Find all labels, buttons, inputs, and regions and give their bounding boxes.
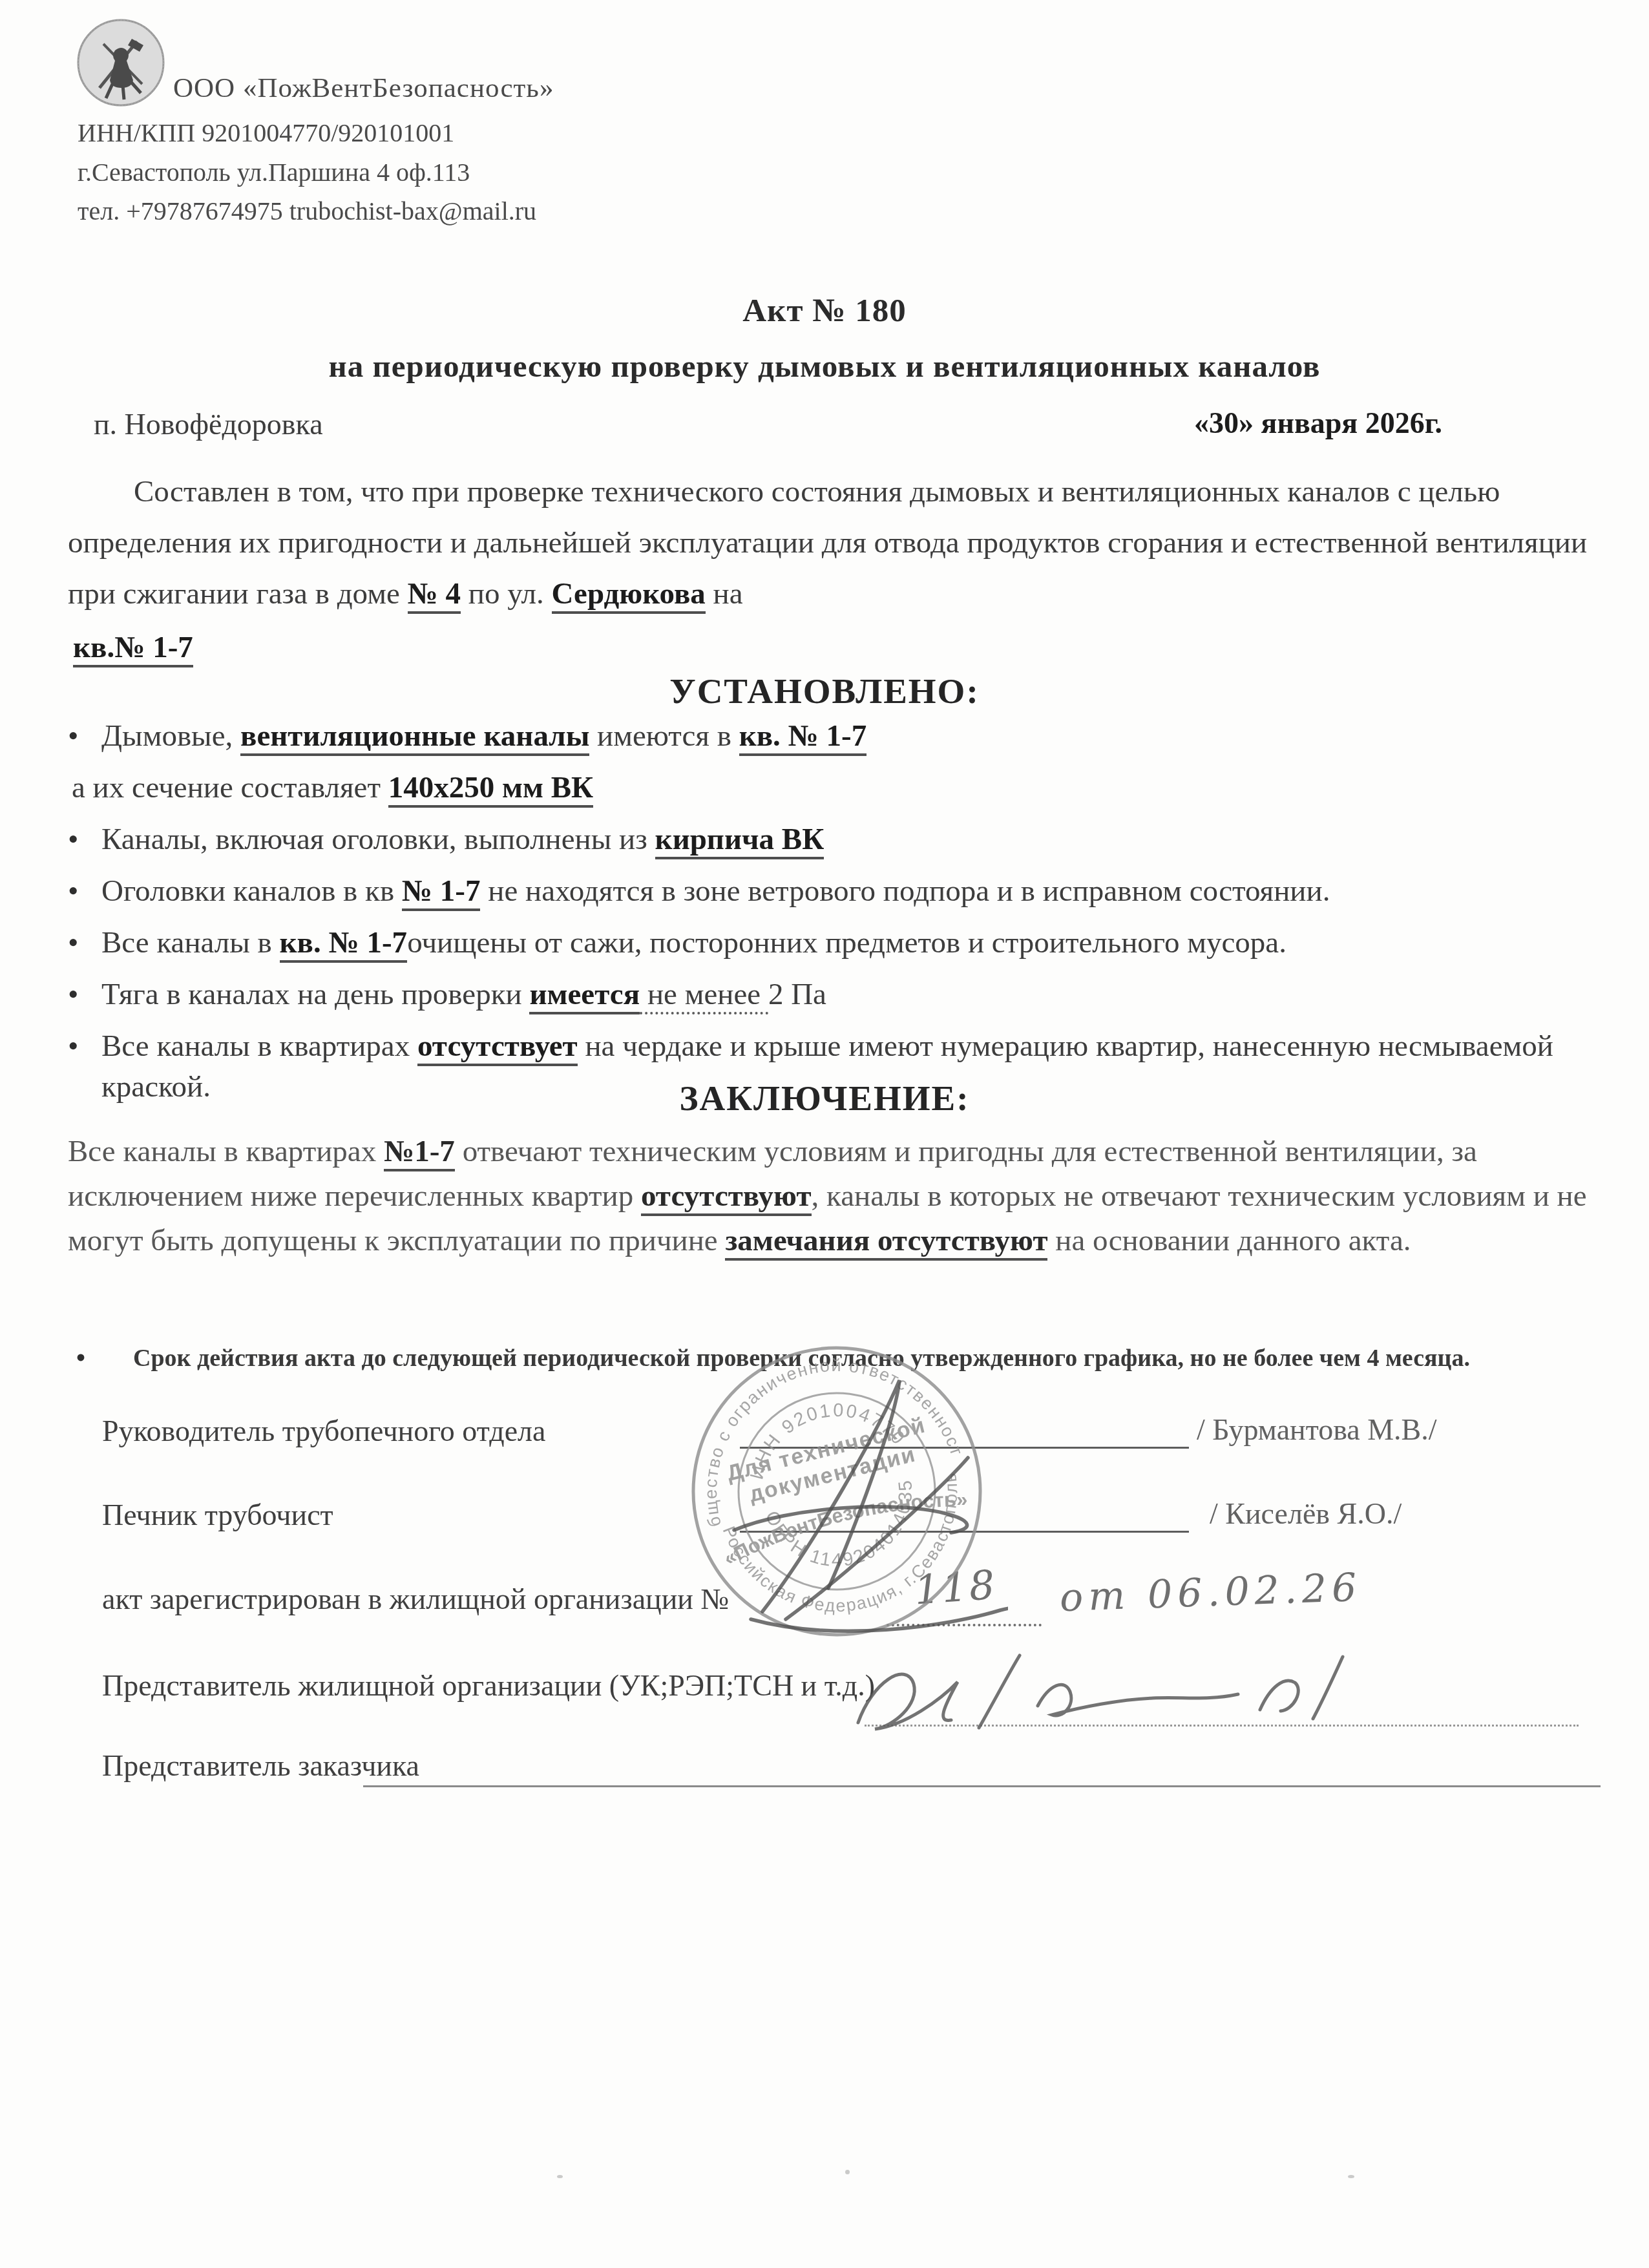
established-list: • Дымовые, вентиляционные каналы имеются… — [68, 716, 1619, 1118]
conclusion-apartments: №1-7 — [384, 1135, 455, 1171]
list-item: • Все каналы в кв. № 1-7очищены от сажи,… — [68, 923, 1619, 963]
street-value: Сердюкова — [552, 577, 706, 614]
document-date: «30» января 2026г. — [1194, 406, 1442, 440]
list-item: • Дымовые, вентиляционные каналы имеются… — [68, 716, 1619, 757]
conclusion-exceptions: отсутствуют — [641, 1179, 812, 1216]
company-inn-kpp: ИНН/КПП 9201004770/920101001 — [78, 118, 454, 148]
document-place: п. Новофёдоровка — [94, 407, 323, 441]
conclusion-heading: ЗАКЛЮЧЕНИЕ: — [65, 1078, 1584, 1118]
act-subtitle: на периодическую проверку дымовых и вент… — [65, 348, 1584, 384]
company-stamp: Общество с ограниченной ответственностью… — [666, 1316, 1008, 1668]
stamp-body: Общество с ограниченной ответственностью… — [666, 1318, 1008, 1665]
head-role-label: Руководитель трубопечного отдела — [102, 1414, 545, 1448]
customer-rep-label: Представитель заказчика — [102, 1748, 419, 1783]
housing-rep-label: Представитель жилищной организации (УК;Р… — [102, 1668, 875, 1703]
bullet-icon: • — [68, 871, 101, 912]
list-item: • Каналы, включая оголовки, выполнены из… — [68, 819, 1619, 860]
company-phone-email: тел. +79787674975 trubochist-bax@mail.ru — [78, 196, 536, 226]
company-name: ООО «ПожВентБезопасность» — [173, 72, 554, 104]
house-number-value: № 4 — [408, 577, 461, 614]
list-item: • Оголовки каналов в кв № 1-7 не находят… — [68, 871, 1619, 912]
scan-speck — [557, 2175, 563, 2178]
company-logo — [75, 17, 167, 109]
sweep-name: / Киселёв Я.О./ — [1210, 1496, 1402, 1531]
company-address: г.Севастополь ул.Паршина 4 оф.113 — [78, 157, 470, 187]
customer-rep-line — [363, 1785, 1601, 1787]
conclusion-remarks: замечания отсутствуют — [725, 1224, 1047, 1261]
act-number-title: Акт № 180 — [65, 292, 1584, 330]
intro-paragraph: Составлен в том, что при проверке технич… — [68, 467, 1593, 673]
head-name: / Бурмантова М.В./ — [1197, 1412, 1437, 1447]
registration-date-handwritten: от 06.02.26 — [1059, 1565, 1362, 1621]
document-page: ООО «ПожВентБезопасность» ИНН/КПП 920100… — [0, 0, 1649, 2268]
intro-text: Составлен в том, что при проверке технич… — [68, 475, 1587, 611]
list-item: а их сечение составляет 140х250 мм ВК — [68, 768, 1619, 808]
established-heading: УСТАНОВЛЕНО: — [65, 671, 1584, 711]
bullet-icon: • — [68, 923, 101, 963]
sweep-role-label: Печник трубочист — [102, 1498, 333, 1532]
conclusion-paragraph: Все каналы в квартирах №1-7 отвечают тех… — [68, 1129, 1593, 1263]
bullet-icon: • — [68, 974, 101, 1015]
bullet-icon: • — [68, 819, 101, 860]
apartments-value: кв.№ 1-7 — [73, 631, 193, 667]
scan-speck — [845, 2170, 850, 2174]
registration-label: акт зарегистрирован в жилищной организац… — [102, 1582, 729, 1616]
bullet-icon: • — [76, 1343, 133, 1374]
scan-speck — [1348, 2175, 1354, 2178]
bullet-icon: • — [68, 716, 101, 757]
list-item: • Тяга в каналах на день проверки имеетс… — [68, 974, 1619, 1015]
